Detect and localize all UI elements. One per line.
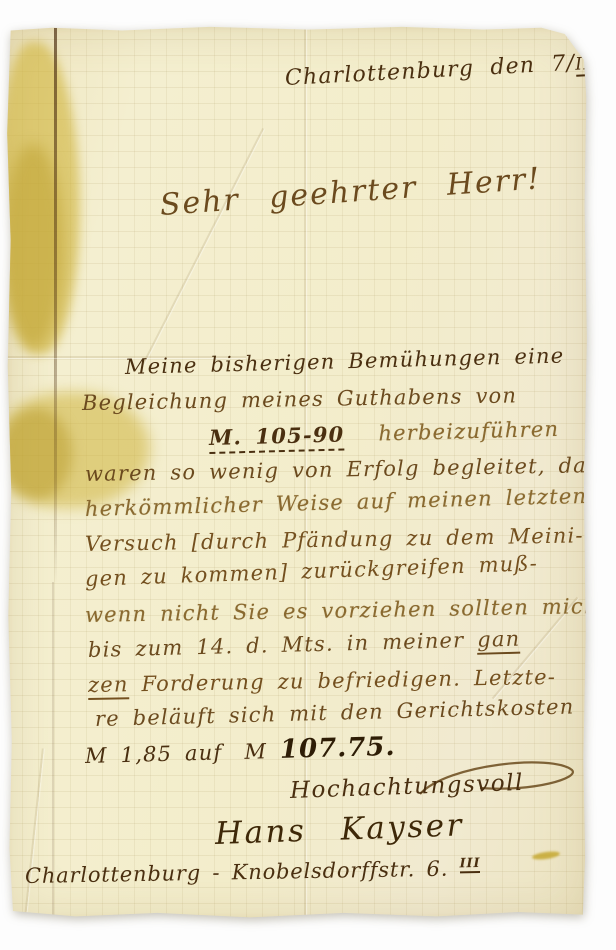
currency-mark: M [244, 739, 267, 764]
body-line-4: waren so wenig von Erfolg begleitet, daß… [85, 452, 616, 486]
spacer [345, 441, 379, 442]
date-year: 95 [590, 48, 616, 75]
scan-background: Charlottenburg den 7/II 95 Sehr geehrter… [0, 0, 616, 950]
body-line-3: M. 105-90herbeizuführen [209, 416, 560, 450]
body-line-11: re beläuft sich mit den Gerichtskosten v… [95, 693, 616, 731]
body-line-1: Meine bisherigen Bemühungen eine [125, 344, 565, 379]
body-line-3-rest: herbeizuführen [378, 417, 559, 446]
date-line: Charlottenburg den 7/II 95 [284, 48, 616, 91]
vertical-crease-bottom-left [22, 748, 44, 935]
binding-fold-line [54, 28, 57, 584]
body-line-9-pre: bis zum 14. d. Mts. in meiner [88, 628, 478, 662]
body-line-10: zen Forderung zu befriedigen. Letzte- [88, 665, 556, 697]
body-line-2: Begleichung meines Guthabens von [82, 383, 518, 415]
address-street: Charlottenburg - Knobelsdorffstr. 6. [25, 856, 460, 888]
body-line-12: M 1,85 aufM 107.75. [85, 732, 396, 770]
address-line: Charlottenburg - Knobelsdorffstr. 6. III [25, 856, 481, 888]
body-line-6: Versuch [durch Pfändung zu dem Meini- [85, 523, 584, 556]
diagonal-crease-upper [142, 128, 264, 365]
underlined-word-gan: gan [477, 627, 521, 655]
amount-due: M. 105-90 [209, 421, 345, 454]
paper-sheet-grid: Charlottenburg den 7/II 95 Sehr geehrter… [6, 26, 588, 920]
tape-stain-middle-left-core [0, 408, 72, 500]
total-amount: 107.75. [280, 732, 396, 765]
court-costs-amount: M 1,85 auf [85, 740, 223, 768]
date-place: Charlottenburg den 7/ [284, 51, 575, 91]
underlined-word-zen: zen [88, 672, 129, 700]
floor-numeral: III [459, 856, 480, 873]
body-line-10-rest: Forderung zu befriedigen. Letzte- [128, 665, 556, 696]
body-line-7: gen zu kommen] zurückgreifen muß- [85, 551, 539, 591]
signature: Hans Kayser [214, 807, 464, 852]
body-line-5: herkömmlicher Weise auf meinen letzten [85, 484, 588, 521]
date-month-numeral: II [575, 54, 592, 77]
tape-stain-top-left [0, 42, 80, 354]
ink-smudge-bottom-right [532, 850, 561, 861]
body-line-9: bis zum 14. d. Mts. in meiner gan [88, 627, 521, 662]
closing: Hochachtungsvoll [290, 770, 525, 804]
salutation: Sehr geehrter Herr! [159, 161, 543, 223]
body-line-8: wenn nicht Sie es vorziehen sollten mich [85, 594, 599, 627]
letter-paper: Charlottenburg den 7/II 95 Sehr geehrter… [6, 26, 588, 920]
